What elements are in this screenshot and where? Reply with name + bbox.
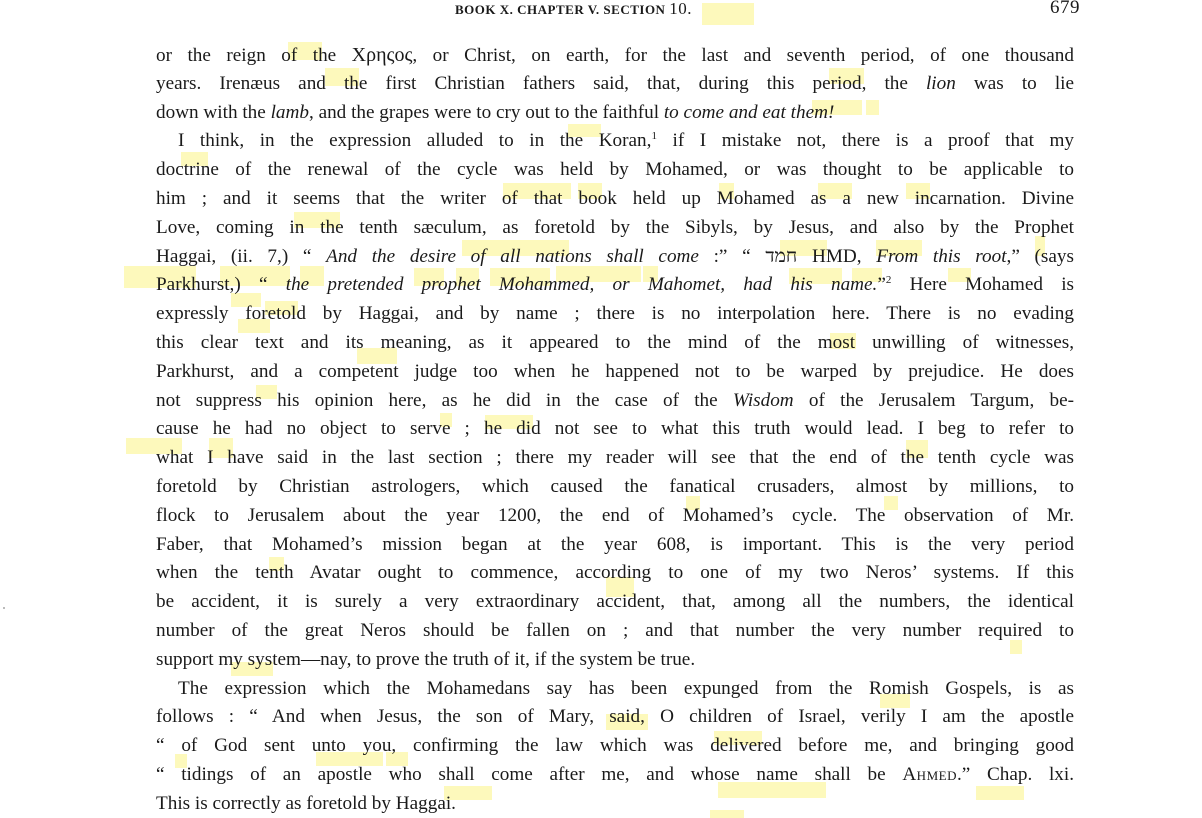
text-line: Parkhurst, and a competent judge too whe… <box>156 358 1074 387</box>
text-line: Love, coming in the tenth sæculum, as fo… <box>156 214 1074 243</box>
text-span: when the tenth Avatar ought to commence,… <box>156 562 1074 583</box>
italic-text: From this root <box>876 246 1006 267</box>
text-line: be accident, it is surely a very extraor… <box>156 588 1074 617</box>
text-line: down with the lamb, and the grapes were … <box>156 99 1074 128</box>
italic-text: the pretended prophet Mohammed, or Mahom… <box>286 274 878 295</box>
text-line: expressly foretold by Haggai, and by nam… <box>156 300 1074 329</box>
text-span: years. Irenæus and the first Christian f… <box>156 73 926 94</box>
italic-text: lion <box>926 73 956 94</box>
text-span: expressly foretold by Haggai, and by nam… <box>156 303 1074 324</box>
running-title: BOOK X. CHAPTER V. SECTION 10. <box>455 0 692 19</box>
text-span: flock to Jerusalem about the year 1200, … <box>156 505 1074 526</box>
page-number: 679 <box>1050 0 1080 19</box>
document-page: BOOK X. CHAPTER V. SECTION 10. 679 or th… <box>0 0 1202 818</box>
text-line: number of the great Neros should be fall… <box>156 617 1074 646</box>
text-span: , or Christ, on earth, for the last and … <box>412 45 1074 66</box>
text-span: not suppress his opinion here, as he did… <box>156 390 733 411</box>
text-span: be accident, it is surely a very extraor… <box>156 591 1074 612</box>
text-span: Faber, that Mohamed’s mission began at t… <box>156 534 1074 555</box>
running-title-text: BOOK X. CHAPTER V. SECTION <box>455 2 665 17</box>
section-number: 10. <box>669 0 692 18</box>
text-span: .” Chap. lxi. <box>957 764 1074 785</box>
text-line: Parkhurst,) “ the pretended prophet Moha… <box>156 271 1074 300</box>
text-line: The expression which the Mohamedans say … <box>178 675 1074 704</box>
text-line: cause he had no object to serve ; he did… <box>156 415 1074 444</box>
text-span: Haggai, (ii. 7,) “ <box>156 246 326 267</box>
text-line: foretold by Christian astrologers, which… <box>156 473 1074 502</box>
text-span: him ; and it seems that the writer of th… <box>156 188 1074 209</box>
text-span: if I mistake not, there is a proof that … <box>657 130 1074 151</box>
text-line: years. Irenæus and the first Christian f… <box>156 70 1074 99</box>
text-line: this clear text and its meaning, as it a… <box>156 329 1074 358</box>
text-line: “ tidings of an apostle who shall come a… <box>156 761 1074 790</box>
text-span: ,” (says <box>1007 246 1074 267</box>
running-head: BOOK X. CHAPTER V. SECTION 10. 679 <box>455 0 1080 20</box>
text-span: doctrine of the renewal of the cycle was… <box>156 159 1074 180</box>
text-span: down with the <box>156 102 271 123</box>
text-line: what I have said in the last section ; t… <box>156 444 1074 473</box>
text-span: This is correctly as foretold by Haggai. <box>156 793 456 814</box>
text-span: Here Mohamed is <box>891 274 1074 295</box>
text-line: when the tenth Avatar ought to commence,… <box>156 559 1074 588</box>
text-line: This is correctly as foretold by Haggai. <box>156 790 1074 818</box>
text-span: Parkhurst,) “ <box>156 274 286 295</box>
text-span: :” “ חמד HMD, <box>699 246 876 267</box>
text-line: or the reign of the Χρηςος, or Christ, o… <box>156 41 1074 70</box>
text-line: “ of God sent unto you, confirming the l… <box>156 732 1074 761</box>
text-span: “ of God sent unto you, confirming the l… <box>156 735 1074 756</box>
text-line: follows : “ And when Jesus, the son of M… <box>156 703 1074 732</box>
italic-text: lamb <box>271 102 309 123</box>
text-line: flock to Jerusalem about the year 1200, … <box>156 502 1074 531</box>
text-span: follows : “ And when Jesus, the son of M… <box>156 706 1074 727</box>
text-span: or the reign of the <box>156 45 352 66</box>
text-span: number of the great Neros should be fall… <box>156 620 1074 641</box>
text-span: ” <box>877 274 886 295</box>
text-line: Haggai, (ii. 7,) “ And the desire of all… <box>156 243 1074 272</box>
text-span: I think, in the expression alluded to in… <box>178 130 651 151</box>
italic-text: Wisdom <box>733 390 794 411</box>
text-span: was to lie <box>956 73 1074 94</box>
text-span: “ tidings of an apostle who shall come a… <box>156 764 902 785</box>
text-line: Faber, that Mohamed’s mission began at t… <box>156 531 1074 560</box>
text-span: of the Jerusalem Targum, be- <box>794 390 1074 411</box>
text-line: not suppress his opinion here, as he did… <box>156 387 1074 416</box>
text-span: Χρηςος <box>352 44 413 66</box>
italic-text: And the desire of all nations shall come <box>326 246 699 267</box>
text-line: doctrine of the renewal of the cycle was… <box>156 156 1074 185</box>
text-span: this clear text and its meaning, as it a… <box>156 332 1074 353</box>
text-span: what I have said in the last section ; t… <box>156 447 1074 468</box>
text-span: cause he had no object to serve ; he did… <box>156 418 1074 439</box>
text-line: support my system—nay, to prove the trut… <box>156 646 1074 675</box>
text-span: Ahmed <box>902 764 957 785</box>
italic-text: to come and eat them! <box>664 102 835 123</box>
text-span: foretold by Christian astrologers, which… <box>156 476 1074 497</box>
text-span: support my system—nay, to prove the trut… <box>156 649 695 670</box>
text-line: I think, in the expression alluded to in… <box>178 127 1074 156</box>
scan-speck <box>3 607 5 609</box>
text-span: The expression which the Mohamedans say … <box>178 678 1074 699</box>
text-span: Love, coming in the tenth sæculum, as fo… <box>156 217 1074 238</box>
text-line: him ; and it seems that the writer of th… <box>156 185 1074 214</box>
text-span: , and the grapes were to cry out to the … <box>309 102 664 123</box>
text-span: Parkhurst, and a competent judge too whe… <box>156 361 1074 382</box>
